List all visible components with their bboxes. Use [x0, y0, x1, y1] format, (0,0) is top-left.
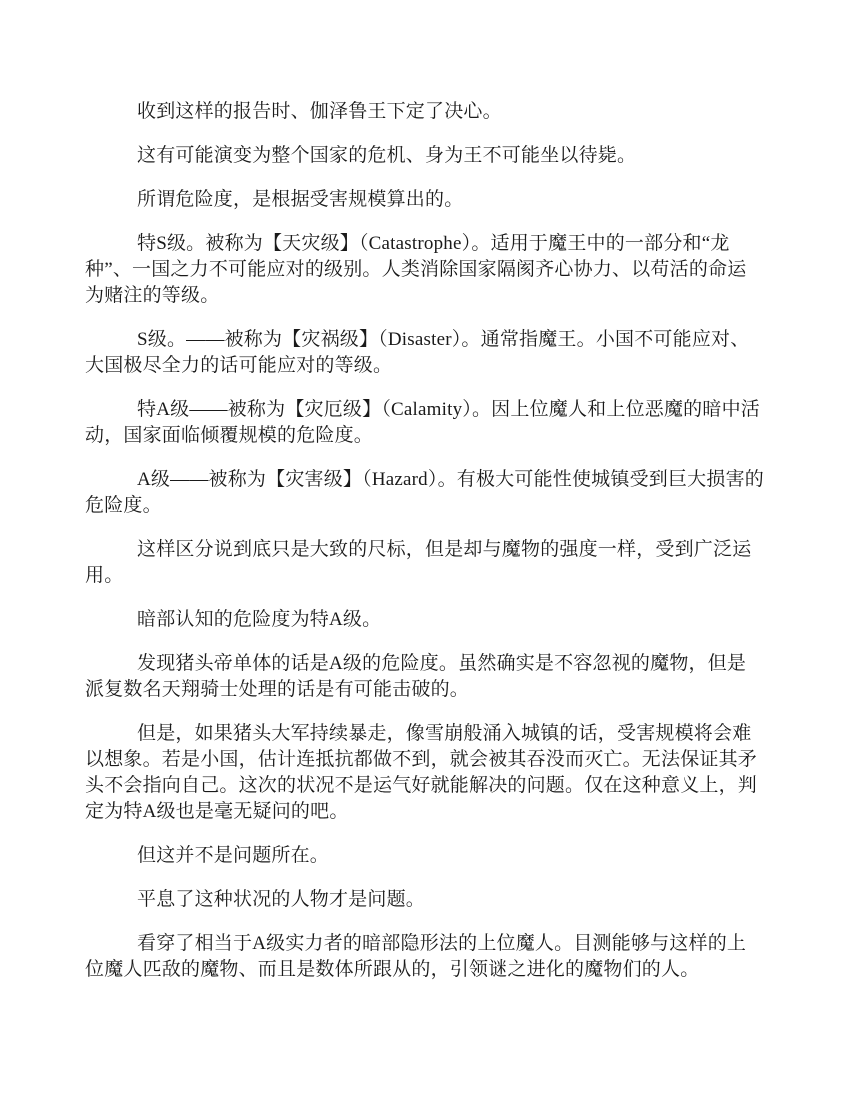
paragraph: S级。——被称为【灾祸级】（Disaster）。通常指魔王。小国不可能应对、大国…	[85, 327, 765, 379]
document-page: 收到这样的报告时、伽泽鲁王下定了决心。 这有可能演变为整个国家的危机、身为王不可…	[0, 0, 850, 1100]
paragraph: 特S级。被称为【天灾级】（Catastrophe）。适用于魔王中的一部分和“龙种…	[85, 231, 765, 309]
paragraph: 平息了这种状况的人物才是问题。	[85, 887, 765, 913]
paragraph: 特A级——被称为【灾厄级】（Calamity）。因上位魔人和上位恶魔的暗中活动，…	[85, 397, 765, 449]
paragraph: 但是，如果猪头大军持续暴走，像雪崩般涌入城镇的话，受害规模将会难以想象。若是小国…	[85, 721, 765, 825]
paragraph: 但这并不是问题所在。	[85, 843, 765, 869]
paragraph: 看穿了相当于A级实力者的暗部隐形法的上位魔人。目测能够与这样的上位魔人匹敌的魔物…	[85, 931, 765, 983]
paragraph: 收到这样的报告时、伽泽鲁王下定了决心。	[85, 99, 765, 125]
paragraph: 发现猪头帝单体的话是A级的危险度。虽然确实是不容忽视的魔物，但是派复数名天翔骑士…	[85, 651, 765, 703]
paragraph: 所谓危险度，是根据受害规模算出的。	[85, 187, 765, 213]
paragraph: 暗部认知的危险度为特A级。	[85, 607, 765, 633]
paragraph: 这样区分说到底只是大致的尺标，但是却与魔物的强度一样，受到广泛运用。	[85, 537, 765, 589]
paragraph: 这有可能演变为整个国家的危机、身为王不可能坐以待毙。	[85, 143, 765, 169]
document-body: 收到这样的报告时、伽泽鲁王下定了决心。 这有可能演变为整个国家的危机、身为王不可…	[85, 99, 765, 983]
paragraph: A级——被称为【灾害级】（Hazard）。有极大可能性使城镇受到巨大损害的危险度…	[85, 467, 765, 519]
